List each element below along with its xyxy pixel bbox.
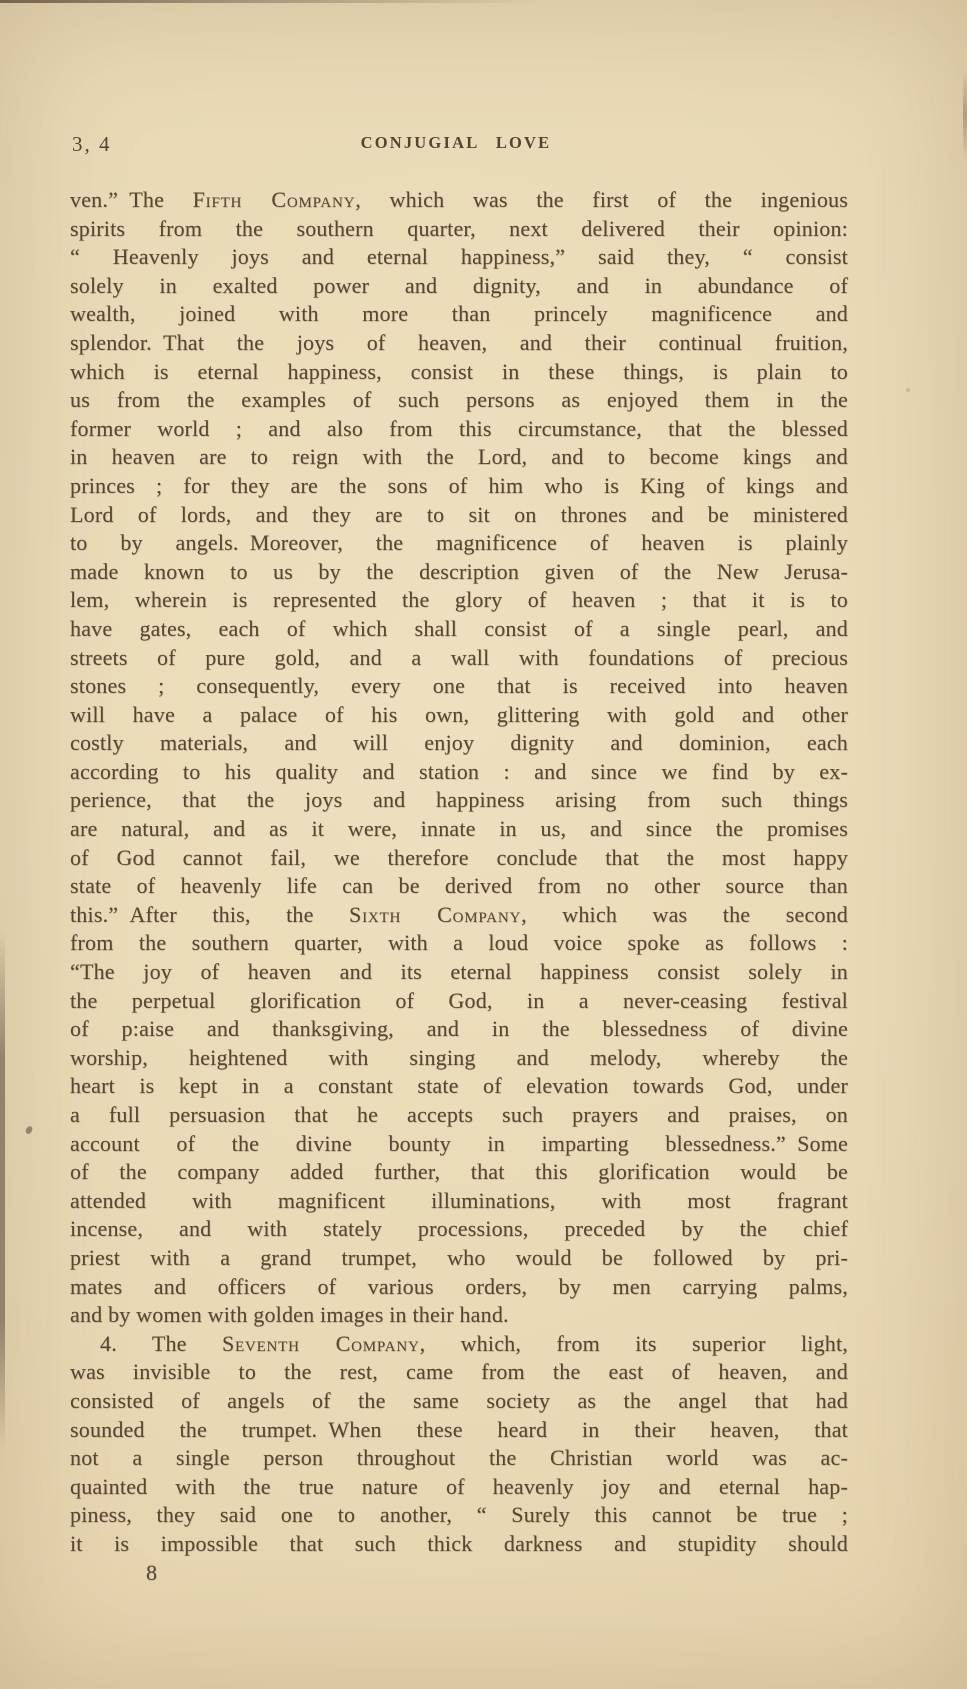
text-line: princes ; for they are the sons of him w… [70, 472, 848, 501]
small-caps-text: Sixth Company [349, 902, 521, 927]
running-title: CONJUGIAL LOVE [316, 133, 596, 153]
text-line: and by women with golden images in their… [70, 1301, 848, 1330]
small-caps-text: Seventh Company [222, 1331, 420, 1356]
text-line: of p:aise and thanksgiving, and in the b… [70, 1015, 848, 1044]
text-line: account of the divine bounty in impartin… [70, 1130, 848, 1159]
text-line: state of heavenly life can be derived fr… [70, 872, 848, 901]
text-line: former world ; and also from this circum… [70, 415, 848, 444]
text-line: stones ; consequently, every one that is… [70, 672, 848, 701]
ink-speck [906, 388, 910, 392]
text-line: this.” After this, the Sixth Company, wh… [70, 901, 848, 930]
text-line: “The joy of heaven and its eternal happi… [70, 958, 848, 987]
text-line: attended with magnificent illuminations,… [70, 1187, 848, 1216]
text-line: wealth, joined with more than princely m… [70, 300, 848, 329]
text-line: quainted with the true nature of heavenl… [70, 1473, 848, 1502]
text-line: according to his quality and station : a… [70, 758, 848, 787]
text-line: mates and officers of various orders, by… [70, 1273, 848, 1302]
text-line: incense, and with stately processions, p… [70, 1215, 848, 1244]
text-line: of God cannot fail, we therefore conclud… [70, 844, 848, 873]
text-line: spirits from the southern quarter, next … [70, 215, 848, 244]
text-line: piness, they said one to another, “ Sure… [70, 1501, 848, 1530]
book-page: 3, 4 CONJUGIAL LOVE ven.” The Fifth Comp… [0, 0, 967, 1689]
text-line: heart is kept in a constant state of ele… [70, 1072, 848, 1101]
text-line: a full persuasion that he accepts such p… [70, 1101, 848, 1130]
signature-mark: 8 [146, 1560, 157, 1586]
text-line: consisted of angels of the same society … [70, 1387, 848, 1416]
text-line: perience, that the joys and happiness ar… [70, 786, 848, 815]
text-line: to by angels. Moreover, the magnificence… [70, 529, 848, 558]
text-line: have gates, each of which shall consist … [70, 615, 848, 644]
scan-edge-shadow-left [0, 930, 5, 1450]
folio-numbers: 3, 4 [72, 132, 112, 157]
text-line: lem, wherein is represented the glory of… [70, 586, 848, 615]
text-line: it is impossible that such thick darknes… [70, 1530, 848, 1559]
text-line: worship, heightened with singing and mel… [70, 1044, 848, 1073]
text-line: Lord of lords, and they are to sit on th… [70, 501, 848, 530]
text-line: which is eternal happiness, consist in t… [70, 358, 848, 387]
text-line: from the southern quarter, with a loud v… [70, 929, 848, 958]
text-line: was invisible to the rest, came from the… [70, 1358, 848, 1387]
text-line: ven.” The Fifth Company, which was the f… [70, 186, 848, 215]
text-line: of the company added further, that this … [70, 1158, 848, 1187]
text-line: the perpetual glorification of God, in a… [70, 987, 848, 1016]
text-line: costly materials, and will enjoy dignity… [70, 729, 848, 758]
text-line: not a single person throughout the Chris… [70, 1444, 848, 1473]
page-header: 3, 4 CONJUGIAL LOVE [0, 131, 967, 157]
text-line: are natural, and as it were, innate in u… [70, 815, 848, 844]
small-caps-text: Fifth Company [193, 187, 356, 212]
text-line: made known to us by the description give… [70, 558, 848, 587]
page-text: ven.” The Fifth Company, which was the f… [70, 186, 848, 1559]
text-line: splendor. That the joys of heaven, and t… [70, 329, 848, 358]
text-line: streets of pure gold, and a wall with fo… [70, 644, 848, 673]
text-line: priest with a grand trumpet, who would b… [70, 1244, 848, 1273]
scan-edge-artifact-top [0, 0, 540, 3]
text-line: in heaven are to reign with the Lord, an… [70, 443, 848, 472]
text-line: 4. The Seventh Company, which, from its … [70, 1330, 848, 1359]
text-line: “ Heavenly joys and eternal happiness,” … [70, 243, 848, 272]
text-line: solely in exalted power and dignity, and… [70, 272, 848, 301]
text-line: sounded the trumpet. When these heard in… [70, 1416, 848, 1445]
text-line: will have a palace of his own, glitterin… [70, 701, 848, 730]
ink-speck [25, 1125, 33, 1134]
text-line: us from the examples of such persons as … [70, 386, 848, 415]
